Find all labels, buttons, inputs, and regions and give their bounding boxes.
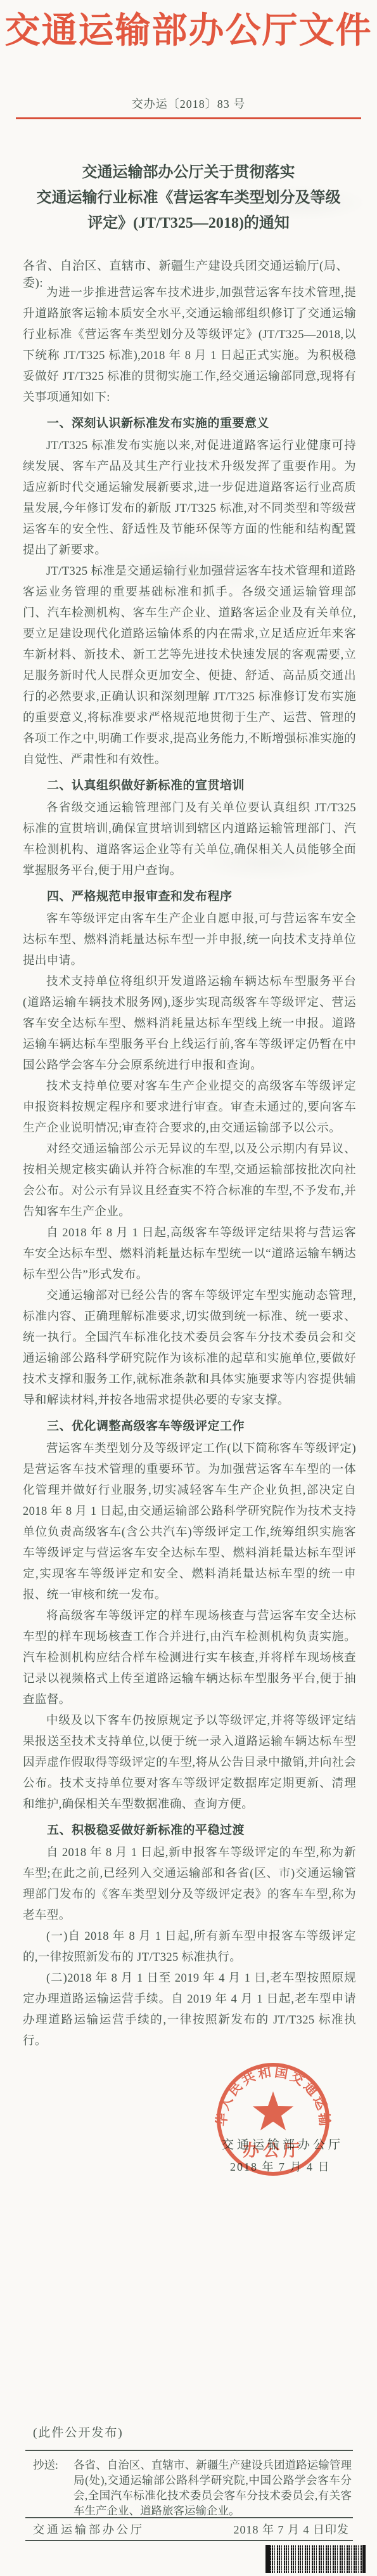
document-number: 交办运〔2018〕83 号 xyxy=(0,95,377,112)
body-paragraph: 技术支持单位将组织开发道路运输车辆达标车型服务平台(道路运输车辆技术服务网),逐… xyxy=(23,972,356,1076)
body-paragraph: 为进一步推进营运客车技术进步,加强营运客车技术管理,提升道路旅客运输本质安全水平… xyxy=(23,283,356,409)
letterhead-red-rule xyxy=(16,117,361,119)
document-barcode xyxy=(265,2545,366,2573)
body-paragraph: JT/T325 标准发布实施以来,对促进道路客运行业健康可持续发展、客车产品及其… xyxy=(23,436,356,561)
cc-text: 各省、自治区、直辖市、新疆生产建设兵团道路运输管理局(处),交通运输部公路科学研… xyxy=(33,2457,352,2518)
section-heading: 三、优化调整高级客车等级评定工作 xyxy=(23,1416,356,1437)
document-page: 交通运输部办公厅文件 交办运〔2018〕83 号 交通运输部办公厅关于贯彻落实 … xyxy=(0,0,377,2576)
body-paragraph: 营运客车类型划分及等级评定工作(以下简称客车等级评定)是营运客车技术管理的重要环… xyxy=(23,1439,356,1606)
footer-divider-middle xyxy=(25,2517,353,2518)
body-paragraph: (一)自 2018 年 8 月 1 日起,所有新车型申报客车等级评定的,一律按照… xyxy=(23,1926,356,1968)
section-heading: 二、认真组织做好新标准的宣贯培训 xyxy=(23,775,356,796)
document-body: 为进一步推进营运客车技术进步,加强营运客车技术管理,提升道路旅客运输本质安全水平… xyxy=(23,283,356,2200)
issuer-row: 交通运输部办公厅 2018 年 7 月 4 日印发 xyxy=(33,2521,349,2537)
body-paragraph: 自 2018 年 8 月 1 日起,新申报客车等级评定的车型,称为新车型;在此之… xyxy=(23,1843,356,1926)
footer-divider-bottom xyxy=(25,2540,353,2541)
body-paragraph: 中级及以下客车仍按原规定予以等级评定,并将等级评定结果报送至技术支持单位,以便于… xyxy=(23,1711,356,1815)
print-date: 2018 年 7 月 4 日印发 xyxy=(234,2521,350,2537)
svg-text:中华人民共和国交通运输部: 中华人民共和国交通运输部 xyxy=(215,2061,331,2127)
body-paragraph: (二)2018 年 8 月 1 日至 2019 年 4 月 1 日,老车型按照原… xyxy=(23,1968,356,2052)
section-heading: 一、深刻认识新标准发布实施的重要意义 xyxy=(23,413,356,434)
public-release-note: (此件公开发布) xyxy=(33,2423,124,2440)
section-heading: 五、积极稳妥做好新标准的平稳过渡 xyxy=(23,1820,356,1841)
body-paragraph: 对经交通运输部公示无异议的车型,以及公示期内有异议、按相关规定核实确认并符合标准… xyxy=(23,1139,356,1223)
section-heading: 四、严格规范申报审查和发布程序 xyxy=(23,886,356,907)
cc-label: 抄送: xyxy=(33,2457,58,2473)
document-title-line1: 交通运输部办公厅关于贯彻落实 xyxy=(13,160,364,185)
footer-divider-top xyxy=(25,2450,353,2451)
signature-block: 交通运输部办公厅2018 年 7 月 4 日中华人民共和国交通运输部办公厅 xyxy=(23,2063,356,2200)
body-paragraph: 客车等级评定由客车生产企业自愿申报,可与营运客车安全达标车型、燃料消耗量达标车型… xyxy=(23,909,356,972)
body-paragraph: 各省级交通运输管理部门及有关单位要认真组织 JT/T325 标准的宣贯培训,确保… xyxy=(23,798,356,882)
body-paragraph: 交通运输部对已经公告的客车等级评定车型实施动态管理,标准内容、正确理解标准要求,… xyxy=(23,1286,356,1411)
body-paragraph: 将高级客车等级评定的样车现场核查与营运客车安全达标车型的样车现场核查工作合并进行… xyxy=(23,1606,356,1711)
body-paragraph: JT/T325 标准是交通运输行业加强营运客车技术管理和道路客运业务管理的重要基… xyxy=(23,561,356,771)
body-paragraph: 自 2018 年 8 月 1 日起,高级客车等级评定结果将与营运客车安全达标车型… xyxy=(23,1223,356,1286)
document-title-line3: 评定》(JT/T325—2018)的通知 xyxy=(13,211,364,236)
issuer-name: 交通运输部办公厅 xyxy=(33,2521,144,2537)
document-title-line2: 交通运输行业标准《营运客车类型划分及等级 xyxy=(13,185,364,211)
letterhead-org-title: 交通运输部办公厅文件 xyxy=(0,3,377,53)
cc-block: 抄送: 各省、自治区、直辖市、新疆生产建设兵团道路运输管理局(处),交通运输部公… xyxy=(33,2457,352,2518)
document-title: 交通运输部办公厅关于贯彻落实 交通运输行业标准《营运客车类型划分及等级 评定》(… xyxy=(13,160,364,236)
signature-org-name: 交通运输部办公厅 xyxy=(222,2135,343,2155)
body-paragraph: 技术支持单位要对客车生产企业提交的高级客车等级评定申报资料按规定程序和要求进行审… xyxy=(23,1076,356,1139)
signature-date: 2018 年 7 月 4 日 xyxy=(230,2157,331,2178)
